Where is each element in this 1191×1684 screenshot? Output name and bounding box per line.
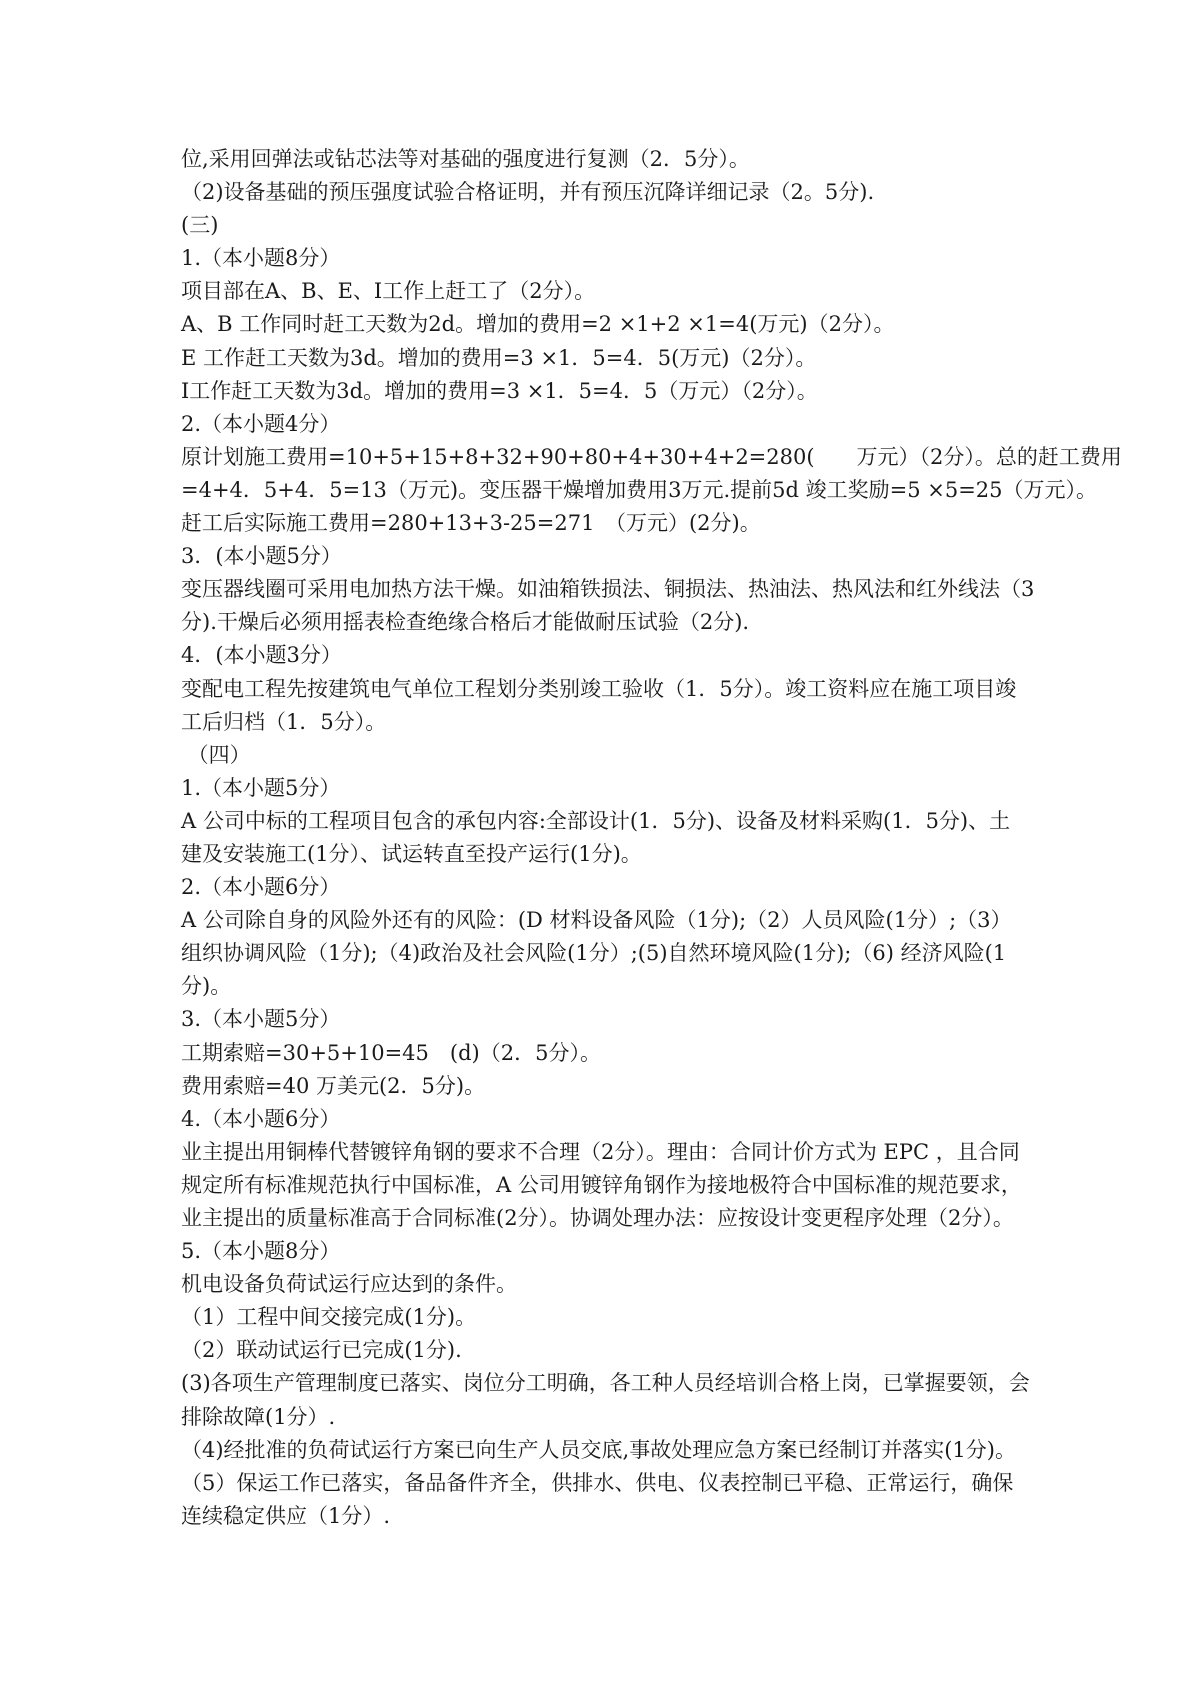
text-line: =4+4．5+4．5=13（万元)。变压器干燥增加费用3万元.提前5d 竣工奖励… (181, 474, 1027, 507)
question-heading: 5.（本小题8分） (181, 1235, 1027, 1268)
question-heading: 2.（本小题6分） (181, 871, 1027, 904)
text-line: 规定所有标准规范执行中国标准，A 公司用镀锌角钢作为接地极符合中国标准的规范要求… (181, 1169, 1027, 1202)
question-heading: 3.（本小题5分） (181, 1003, 1027, 1036)
text-line: 变配电工程先按建筑电气单位工程划分类别竣工验收（1．5分）。竣工资料应在施工项目… (181, 673, 1027, 706)
text-line: 业主提出用铜棒代替镀锌角钢的要求不合理（2分）。理由：合同计价方式为 EPC ，… (181, 1136, 1027, 1169)
list-item: （2）联动试运行已完成(1分). (181, 1334, 1027, 1367)
text-line: E 工作赶工天数为3d。增加的费用=3 ×1．5=4．5(万元)（2分）。 (181, 342, 1027, 375)
list-item: （4)经批准的负荷试运行方案已向生产人员交底,事故处理应急方案已经制订并落实(1… (181, 1434, 1027, 1467)
text-line: （2)设备基础的预压强度试验合格证明，并有预压沉降详细记录（2。5分). (181, 176, 1027, 209)
text-line: A、B 工作同时赶工天数为2d。增加的费用=2 ×1+2 ×1=4(万元)（2分… (181, 308, 1027, 341)
text-line: 排除故障(1分）. (181, 1401, 1027, 1434)
text-line: 位,采用回弹法或钻芯法等对基础的强度进行复测（2．5分）。 (181, 143, 1027, 176)
question-heading: 1.（本小题5分） (181, 772, 1027, 805)
text-line: A 公司中标的工程项目包含的承包内容:全部设计(1．5分)、设备及材料采购(1．… (181, 805, 1027, 838)
list-item: （1）工程中间交接完成(1分)。 (181, 1301, 1027, 1334)
document-page: 位,采用回弹法或钻芯法等对基础的强度进行复测（2．5分）。 （2)设备基础的预压… (0, 0, 1191, 1684)
section-heading: (三) (181, 209, 1027, 242)
text-line: A 公司除自身的风险外还有的风险：(D 材料设备风险（1分);（2）人员风险(1… (181, 904, 1027, 937)
text-line: 组织协调风险（1分);（4)政治及社会风险(1分）;(5)自然环境风险(1分);… (181, 937, 1027, 970)
list-item: （5）保运工作已落实，备品备件齐全，供排水、供电、仪表控制已平稳、正常运行，确保 (181, 1467, 1027, 1500)
text-line: 分)。 (181, 970, 1027, 1003)
text-line: 连续稳定供应（1分）. (181, 1500, 1027, 1533)
text-line: 工后归档（1．5分）。 (181, 706, 1027, 739)
text-line: 工期索赔=30+5+10=45 (d)（2．5分）。 (181, 1037, 1027, 1070)
text-line: 分).干燥后必须用摇表检查绝缘合格后才能做耐压试验（2分). (181, 606, 1027, 639)
question-heading: 4．(本小题3分） (181, 639, 1027, 672)
text-line: 费用索赔=40 万美元(2．5分)。 (181, 1070, 1027, 1103)
document-text-block: 位,采用回弹法或钻芯法等对基础的强度进行复测（2．5分）。 （2)设备基础的预压… (181, 143, 1027, 1533)
text-line: 建及安装施工(1分）、试运转直至投产运行(1分)。 (181, 838, 1027, 871)
list-item: (3)各项生产管理制度已落实、岗位分工明确，各工种人员经培训合格上岗，已掌握要领… (181, 1367, 1027, 1400)
question-heading: 2.（本小题4分） (181, 408, 1027, 441)
text-line: 原计划施工费用=10+5+15+8+32+90+80+4+30+4+2=280(… (181, 441, 1027, 474)
text-line: 项目部在A、B、E、I工作上赶工了（2分）。 (181, 275, 1027, 308)
section-heading: （四） (181, 739, 1027, 772)
text-line: I工作赶工天数为3d。增加的费用=3 ×1．5=4．5（万元）（2分）。 (181, 375, 1027, 408)
text-line: 赶工后实际施工费用=280+13+3-25=271 （万元）(2分)。 (181, 507, 1027, 540)
question-heading: 4.（本小题6分） (181, 1103, 1027, 1136)
text-line: 业主提出的质量标准高于合同标准(2分）。协调处理办法：应按设计变更程序处理（2分… (181, 1202, 1027, 1235)
question-heading: 1.（本小题8分） (181, 242, 1027, 275)
text-line: 变压器线圈可采用电加热方法干燥。如油箱铁损法、铜损法、热油法、热风法和红外线法（… (181, 573, 1027, 606)
text-line: 机电设备负荷试运行应达到的条件。 (181, 1268, 1027, 1301)
question-heading: 3．(本小题5分） (181, 540, 1027, 573)
